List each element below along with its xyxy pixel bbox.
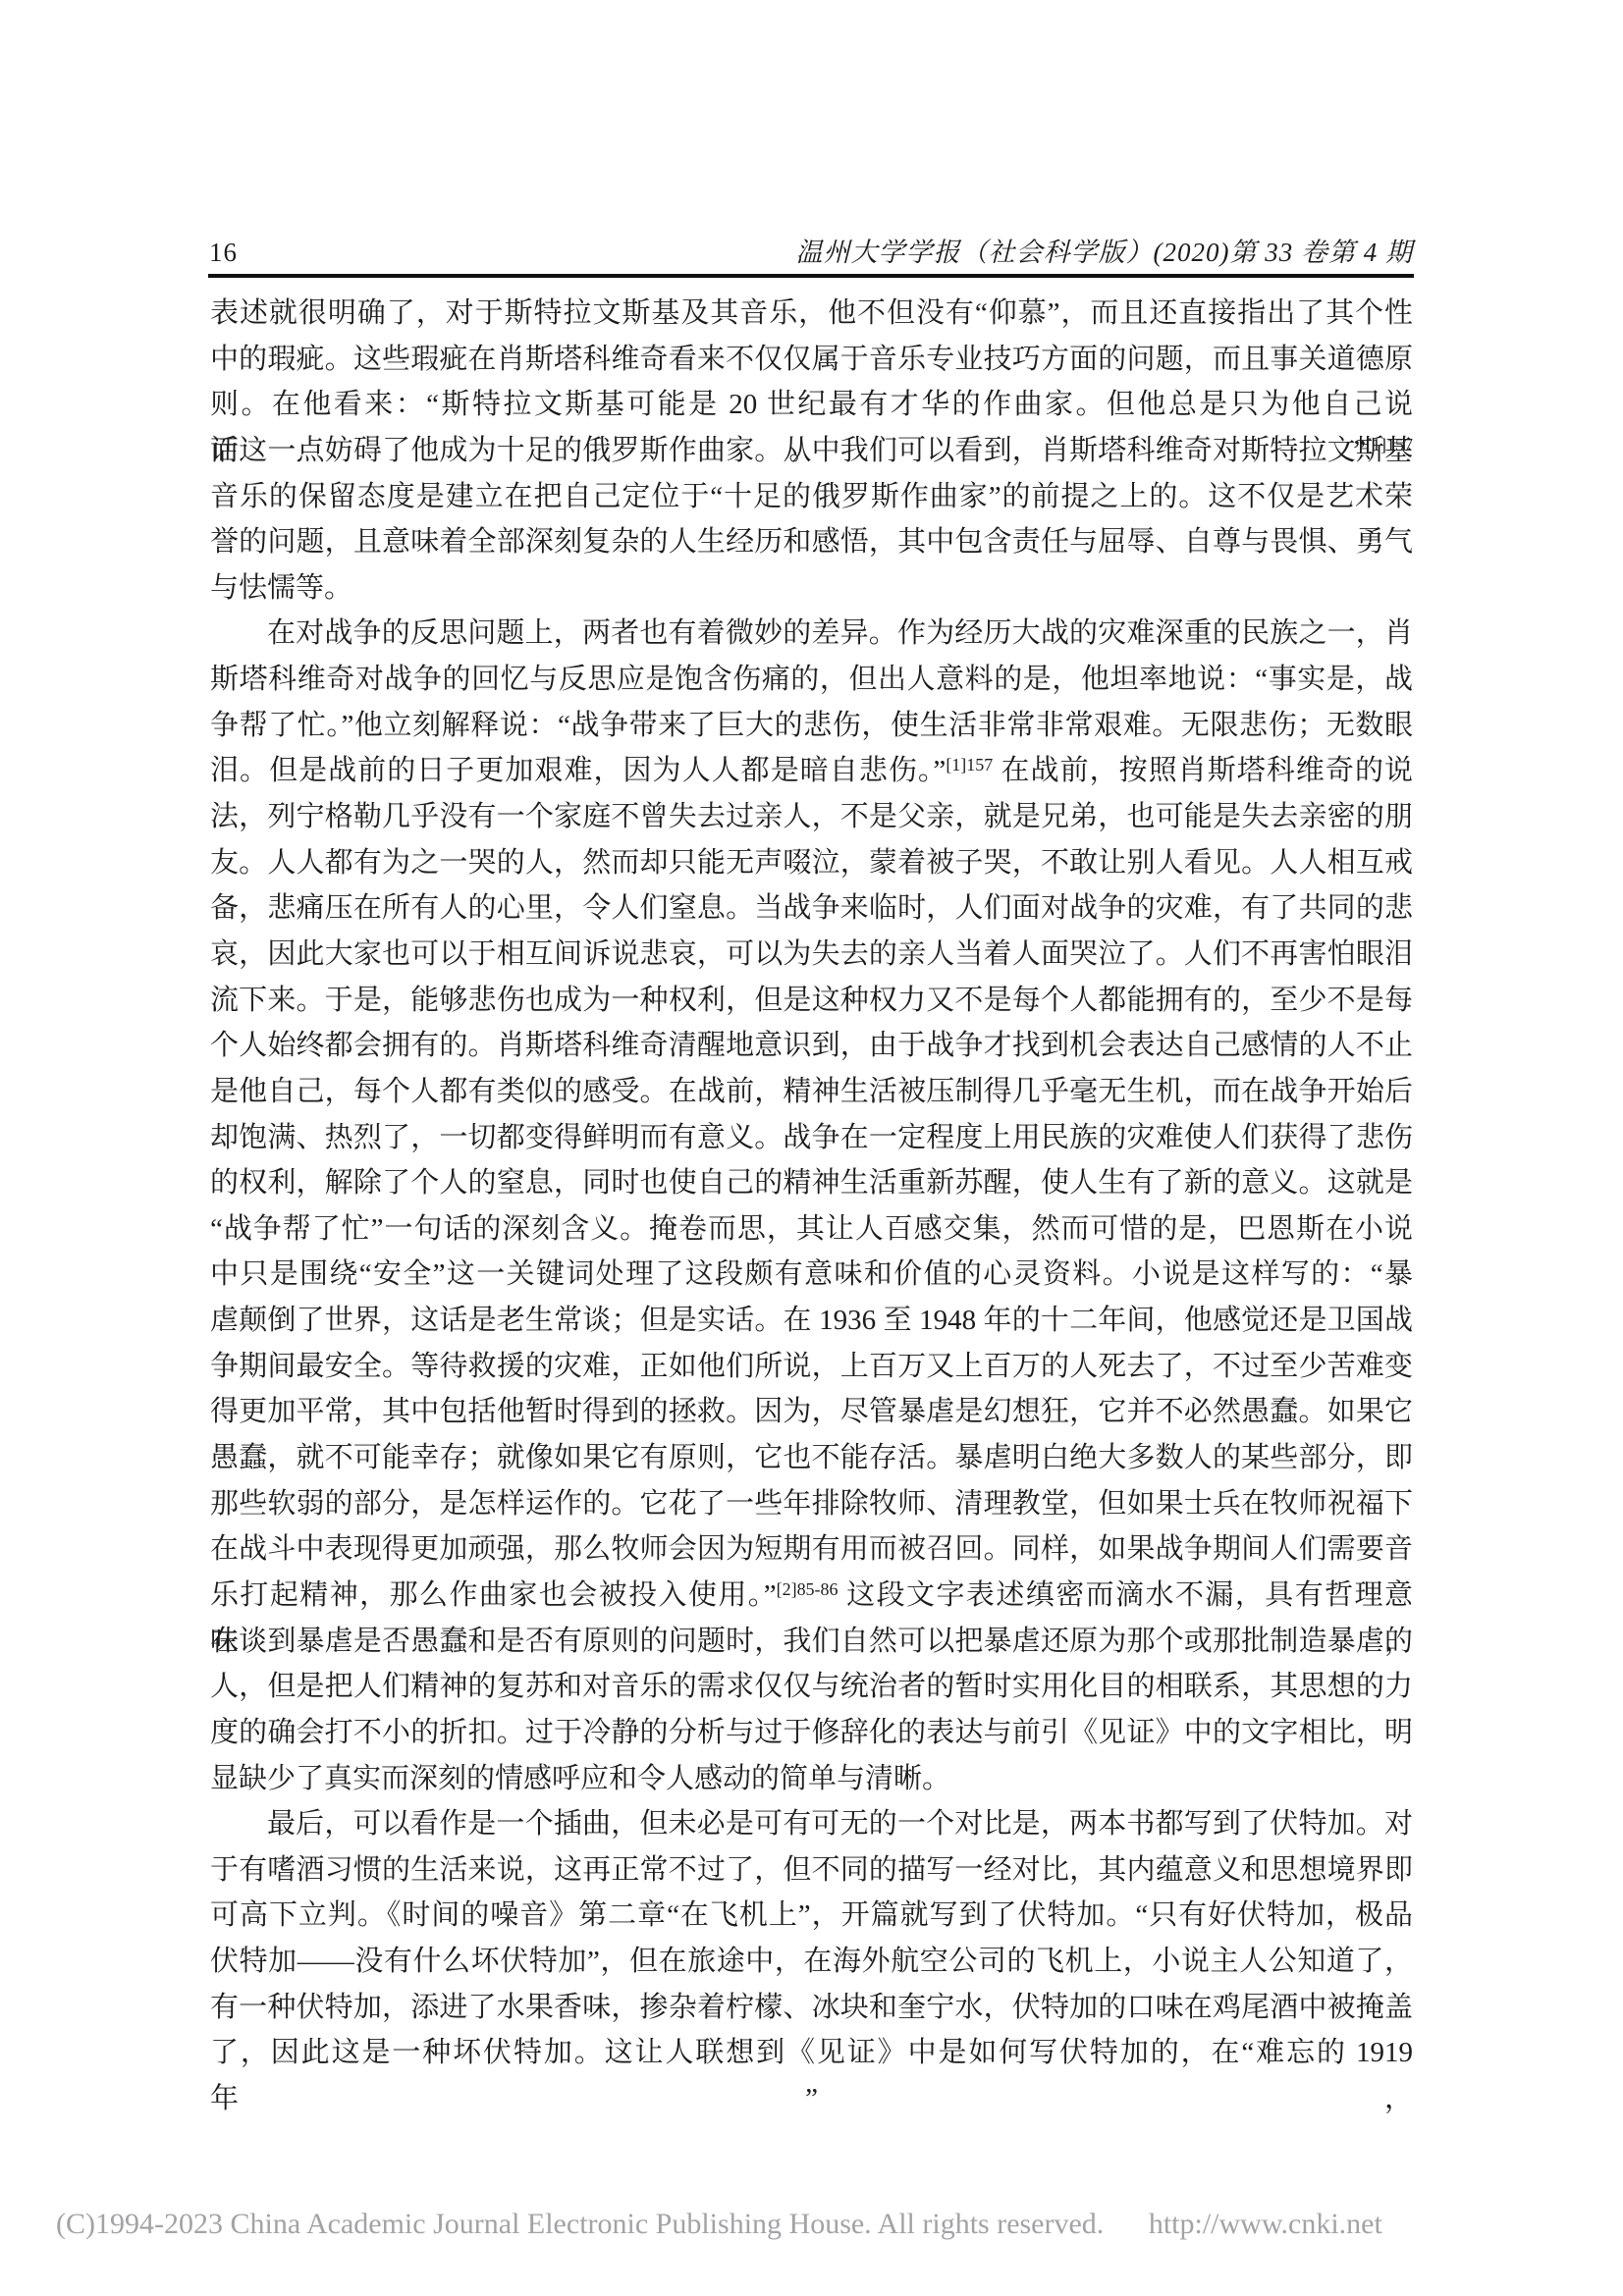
body-line: 争期间最安全。等待救援的灾难，正如他们所说，上百万又上百万的人死去了，不过至少苦… (210, 1344, 1413, 1390)
text-segment: 个人始终都会拥有的。肖斯塔科维奇清醒地意识到，由于战争才找到机会表达自己感情的人… (210, 1030, 1413, 1061)
body-line: 伏特加——没有什么坏伏特加”，但在旅途中，在海外航空公司的飞机上，小说主人公知道… (210, 1939, 1413, 1985)
body-line: 显缺少了真实而深刻的情感呼应和令人感动的简单与清晰。 (210, 1756, 1413, 1802)
copyright-notice: (C)1994-2023 China Academic Journal Elec… (56, 2208, 1104, 2240)
body-line: 流下来。于是，能够悲伤也成为一种权利，但是这种权力又不是每个人都能拥有的，至少不… (210, 978, 1413, 1024)
body-line: 哀，因此大家也可以于相互间诉说悲哀，可以为失去的亲人当着人面哭泣了。人们不再害怕… (210, 932, 1413, 978)
body-line: 的权利，解除了个人的窒息，同时也使自己的精神生活重新苏醒，使人生有了新的意义。这… (210, 1160, 1413, 1206)
body-line: 备，悲痛压在所有人的心里，令人们窒息。当战争来临时，人们面对战争的灾难，有了共同… (210, 885, 1413, 932)
citation-superscript: [2]85-86 (777, 1579, 839, 1599)
body-line: 了，因此这是一种坏伏特加。这让人联想到《见证》中是如何写伏特加的，在“难忘的 1… (210, 2030, 1413, 2076)
text-segment: 音乐的保留态度是建立在把自己定位于“十足的俄罗斯作曲家”的前提之上的。这不仅是艺… (210, 481, 1413, 512)
body-line: 泪。但是战前的日子更加艰难，因为人人都是暗自悲伤。”[1]157 在战前，按照肖… (210, 748, 1413, 794)
journal-title: 温州大学学报（社会科学版）(2020)第 33 卷第 4 期 (796, 232, 1413, 273)
text-segment: 乐打起精神，那么作曲家也会被投入使用。” (210, 1579, 777, 1611)
body-line: 在谈到暴虐是否愚蠢和是否有原则的问题时，我们自然可以把暴虐还原为那个或那批制造暴… (210, 1619, 1413, 1665)
text-segment: 与怯懦等。 (210, 572, 352, 604)
text-segment: 在对战争的反思问题上，两者也有着微妙的差异。作为经历大战的灾难深重的民族之一，肖 (267, 617, 1413, 649)
page-number: 16 (209, 232, 238, 273)
text-segment: 了，因此这是一种坏伏特加。这让人联想到《见证》中是如何写伏特加的，在“难忘的 1… (210, 2037, 1413, 2114)
body-line: 有一种伏特加，添进了水果香味，掺杂着柠檬、冰块和奎宁水，伏特加的口味在鸡尾酒中被… (210, 1985, 1413, 2031)
text-segment: 争期间最安全。等待救援的灾难，正如他们所说，上百万又上百万的人死去了，不过至少苦… (210, 1351, 1413, 1382)
text-segment: 友。人人都有为之一哭的人，然而却只能无声啜泣，蒙着被子哭，不敢让别人看见。人人相… (210, 847, 1413, 879)
text-segment: 而这一点妨碍了他成为十足的俄罗斯作曲家。从中我们可以看到，肖斯塔科维奇对斯特拉文… (210, 435, 1413, 466)
body-line: 得更加平常，其中包括他暂时得到的拯救。因为，尽管暴虐是幻想狂，它并不必然愚蠢。如… (210, 1389, 1413, 1435)
text-segment: 显缺少了真实而深刻的情感呼应和令人感动的简单与清晰。 (210, 1763, 950, 1794)
body-line: 却饱满、热烈了，一切都变得鲜明而有意义。战争在一定程度上用民族的灾难使人们获得了… (210, 1115, 1413, 1161)
text-segment: 虐颠倒了世界，这话是老生常谈；但是实话。在 1936 至 1948 年的十二年间… (210, 1305, 1413, 1336)
body-line: 是他自己，每个人都有类似的感受。在战前，精神生活被压制得几乎毫无生机，而在战争开… (210, 1069, 1413, 1115)
body-line: 度的确会打不小的折扣。过于冷静的分析与过于修辞化的表达与前引《见证》中的文字相比… (210, 1710, 1413, 1756)
text-segment: 哀，因此大家也可以于相互间诉说悲哀，可以为失去的亲人当着人面哭泣了。人们不再害怕… (210, 938, 1413, 970)
body-line: 音乐的保留态度是建立在把自己定位于“十足的俄罗斯作曲家”的前提之上的。这不仅是艺… (210, 474, 1413, 520)
body-line: 在战斗中表现得更加顽强，那么牧师会因为短期有用而被召回。同样，如果战争期间人们需… (210, 1526, 1413, 1573)
text-segment: 度的确会打不小的折扣。过于冷静的分析与过于修辞化的表达与前引《见证》中的文字相比… (210, 1717, 1413, 1748)
text-segment: 誉的问题，且意味着全部深刻复杂的人生经历和感悟，其中包含责任与屈辱、自尊与畏惧、… (210, 526, 1413, 558)
body-line: 最后，可以看作是一个插曲，但未必是可有可无的一个对比是，两本书都写到了伏特加。对 (210, 1801, 1413, 1847)
body-text: 表述就很明确了，对于斯特拉文斯基及其音乐，他不但没有“仰慕”，而且还直接指出了其… (210, 291, 1413, 2076)
journal-page: 16 温州大学学报（社会科学版）(2020)第 33 卷第 4 期 表述就很明确… (0, 0, 1623, 2296)
body-line: 争帮了忙。”他立刻解释说：“战争带来了巨大的悲伤，使生活非常非常艰难。无限悲伤；… (210, 703, 1413, 749)
text-segment: 斯塔科维奇对战争的回忆与反思应是饱含伤痛的，但出人意料的是，他坦率地说：“事实是… (210, 664, 1413, 695)
body-line: 则。在他看来：“斯特拉文斯基可能是 20 世纪最有才华的作曲家。但他总是只为他自… (210, 382, 1413, 428)
text-segment: 表述就很明确了，对于斯特拉文斯基及其音乐，他不但没有“仰慕”，而且还直接指出了其… (210, 297, 1413, 329)
body-line: 法，列宁格勒几乎没有一个家庭不曾失去过亲人，不是父亲，就是兄弟，也可能是失去亲密… (210, 794, 1413, 840)
body-line: 可高下立判。《时间的噪音》第二章“在飞机上”，开篇就写到了伏特加。“只有好伏特加… (210, 1893, 1413, 1939)
text-segment: 争帮了忙。”他立刻解释说：“战争带来了巨大的悲伤，使生活非常非常艰难。无限悲伤；… (210, 710, 1413, 741)
text-segment: 人，但是把人们精神的复苏和对音乐的需求仅仅与统治者的暂时实用化目的相联系，其思想… (210, 1671, 1413, 1702)
text-segment: 有一种伏特加，添进了水果香味，掺杂着柠檬、冰块和奎宁水，伏特加的口味在鸡尾酒中被… (210, 1992, 1413, 2023)
body-line: 中只是围绕“安全”这一关键词处理了这段颇有意味和价值的心灵资料。小说是这样写的：… (210, 1252, 1413, 1298)
body-line: 虐颠倒了世界，这话是老生常谈；但是实话。在 1936 至 1948 年的十二年间… (210, 1298, 1413, 1344)
body-line: 人，但是把人们精神的复苏和对音乐的需求仅仅与统治者的暂时实用化目的相联系，其思想… (210, 1664, 1413, 1710)
body-line: 中的瑕疵。这些瑕疵在肖斯塔科维奇看来不仅仅属于音乐专业技巧方面的问题，而且事关道… (210, 337, 1413, 383)
text-segment: 在战斗中表现得更加顽强，那么牧师会因为短期有用而被召回。同样，如果战争期间人们需… (210, 1533, 1413, 1565)
text-segment: 是他自己，每个人都有类似的感受。在战前，精神生活被压制得几乎毫无生机，而在战争开… (210, 1076, 1413, 1107)
text-segment: 泪。但是战前的日子更加艰难，因为人人都是暗自悲伤。” (210, 755, 946, 786)
text-segment: 备，悲痛压在所有人的心里，令人们窒息。当战争来临时，人们面对战争的灾难，有了共同… (210, 892, 1413, 924)
text-segment: 流下来。于是，能够悲伤也成为一种权利，但是这种权力又不是每个人都能拥有的，至少不… (210, 985, 1413, 1016)
body-line: 斯塔科维奇对战争的回忆与反思应是饱含伤痛的，但出人意料的是，他坦率地说：“事实是… (210, 657, 1413, 703)
body-line: 与怯懦等。 (210, 565, 1413, 612)
body-line: 乐打起精神，那么作曲家也会被投入使用。”[2]85-86 这段文字表述缜密而滴水… (210, 1573, 1413, 1619)
cnki-url: http://www.cnki.net (1149, 2208, 1382, 2240)
text-segment: 在战前，按照肖斯塔科维奇的说 (993, 755, 1413, 786)
text-segment: 却饱满、热烈了，一切都变得鲜明而有意义。战争在一定程度上用民族的灾难使人们获得了… (210, 1122, 1413, 1153)
citation-superscript: [1]157 (946, 755, 993, 774)
text-segment: 在谈到暴虐是否愚蠢和是否有原则的问题时，我们自然可以把暴虐还原为那个或那批制造暴… (210, 1626, 1413, 1657)
body-line: 友。人人都有为之一哭的人，然而却只能无声啜泣，蒙着被子哭，不敢让别人看见。人人相… (210, 840, 1413, 886)
text-segment: 最后，可以看作是一个插曲，但未必是可有可无的一个对比是，两本书都写到了伏特加。对 (267, 1808, 1413, 1840)
body-line: 在对战争的反思问题上，两者也有着微妙的差异。作为经历大战的灾难深重的民族之一，肖 (210, 611, 1413, 657)
page-footer: (C)1994-2023 China Academic Journal Elec… (56, 2205, 1568, 2244)
text-segment: 可高下立判。《时间的噪音》第二章“在飞机上”，开篇就写到了伏特加。“只有好伏特加… (210, 1899, 1413, 1931)
body-line: 誉的问题，且意味着全部深刻复杂的人生经历和感悟，其中包含责任与屈辱、自尊与畏惧、… (210, 519, 1413, 565)
page-header: 16 温州大学学报（社会科学版）(2020)第 33 卷第 4 期 (209, 232, 1413, 273)
body-line: 于有嗜酒习惯的生活来说，这再正常不过了，但不同的描写一经对比，其内蕴意义和思想境… (210, 1847, 1413, 1894)
text-segment: 中的瑕疵。这些瑕疵在肖斯塔科维奇看来不仅仅属于音乐专业技巧方面的问题，而且事关道… (210, 344, 1413, 375)
text-segment: 的权利，解除了个人的窒息，同时也使自己的精神生活重新苏醒，使人生有了新的意义。这… (210, 1167, 1413, 1199)
text-segment: 法，列宁格勒几乎没有一个家庭不曾失去过亲人，不是父亲，就是兄弟，也可能是失去亲密… (210, 801, 1413, 832)
text-segment: 那些软弱的部分，是怎样运作的。它花了一些年排除牧师、清理教堂，但如果士兵在牧师祝… (210, 1488, 1413, 1520)
body-line: 表述就很明确了，对于斯特拉文斯基及其音乐，他不但没有“仰慕”，而且还直接指出了其… (210, 291, 1413, 337)
text-segment: 中只是围绕“安全”这一关键词处理了这段颇有意味和价值的心灵资料。小说是这样写的：… (210, 1258, 1413, 1290)
body-line: 愚蠢，就不可能幸存；就像如果它有原则，它也不能存活。暴虐明白绝大多数人的某些部分… (210, 1435, 1413, 1481)
body-line: 而这一点妨碍了他成为十足的俄罗斯作曲家。从中我们可以看到，肖斯塔科维奇对斯特拉文… (210, 428, 1413, 474)
text-segment: 于有嗜酒习惯的生活来说，这再正常不过了，但不同的描写一经对比，其内蕴意义和思想境… (210, 1854, 1413, 1886)
text-segment: 愚蠢，就不可能幸存；就像如果它有原则，它也不能存活。暴虐明白绝大多数人的某些部分… (210, 1442, 1413, 1473)
text-segment: 伏特加——没有什么坏伏特加”，但在旅途中，在海外航空公司的飞机上，小说主人公知道… (210, 1946, 1413, 1977)
header-rule (208, 274, 1414, 278)
text-segment: 得更加平常，其中包括他暂时得到的拯救。因为，尽管暴虐是幻想狂，它并不必然愚蠢。如… (210, 1396, 1413, 1427)
body-line: 个人始终都会拥有的。肖斯塔科维奇清醒地意识到，由于战争才找到机会表达自己感情的人… (210, 1023, 1413, 1069)
text-segment: “战争帮了忙”一句话的深刻含义。掩卷而思，其让人百感交集，然而可惜的是，巴恩斯在… (210, 1213, 1413, 1245)
body-line: 那些软弱的部分，是怎样运作的。它花了一些年排除牧师、清理教堂，但如果士兵在牧师祝… (210, 1481, 1413, 1527)
body-line: “战争帮了忙”一句话的深刻含义。掩卷而思，其让人百感交集，然而可惜的是，巴恩斯在… (210, 1206, 1413, 1253)
